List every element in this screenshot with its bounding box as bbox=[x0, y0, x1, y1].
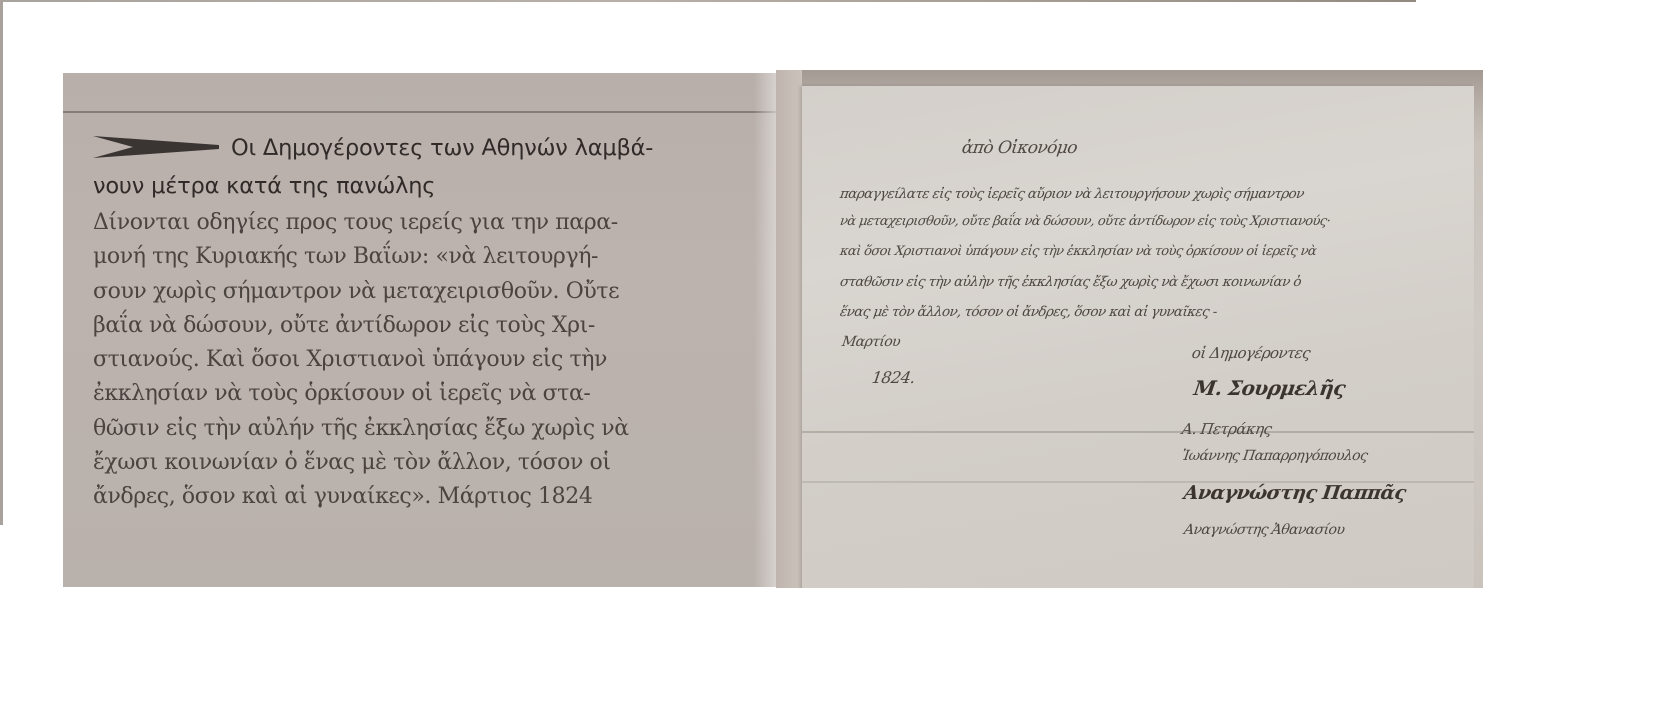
manuscript-title: ἀπὸ Οἰκονόμο bbox=[961, 138, 1079, 158]
manuscript-date-year: 1824. bbox=[871, 368, 916, 387]
arrow-pointer-icon bbox=[93, 136, 219, 158]
signature: Α. Πετράκης bbox=[1181, 420, 1273, 438]
caption-heading: Οι Δημογέροντες των Αθηνών λαμβά- νουν μ… bbox=[93, 129, 753, 205]
signature: Ἰωάννης Παπαρρηγόπουλος bbox=[1181, 448, 1369, 464]
signature: Μ. Σουρμελῆς bbox=[1192, 376, 1346, 400]
signature-heading: οἱ Δημογέροντες bbox=[1191, 344, 1312, 362]
caption-body-line: θῶσιν εἰς τὴν αὐλήν τῆς ἐκκλησίας ἔξω χω… bbox=[93, 412, 773, 446]
paper-fold-line bbox=[802, 431, 1474, 433]
frame-edge-top bbox=[0, 0, 1416, 2]
caption-body-line: στιανούς. Καὶ ὅσοι Χριστιανοὶ ὑπάγουν εἰ… bbox=[93, 343, 773, 377]
caption-body-line: ἄνδρες, ὅσον καὶ αἱ γυναίκες». Μάρτιος 1… bbox=[93, 480, 773, 514]
manuscript-line: καὶ ὅσοι Χριστιανοὶ ὑπάγουν εἰς τὴν ἐκκλ… bbox=[839, 244, 1317, 259]
caption-body-line: μονή της Κυριακής των Βαΐων: «νὰ λειτουρ… bbox=[93, 240, 773, 274]
caption-body-line: σουν χωρὶς σήμαντρον νὰ μεταχειρισθοῦν. … bbox=[93, 275, 773, 309]
signature: Αναγνώστης Ἀθανασίου bbox=[1183, 522, 1346, 538]
caption-body: Δίνονται οδηγίες προς τους ιερείς για τη… bbox=[93, 206, 773, 515]
caption-body-line: Δίνονται οδηγίες προς τους ιερείς για τη… bbox=[93, 206, 773, 240]
manuscript-line: ἕνας μὲ τὸν ἄλλον, τόσον οἱ ἄνδρες, ὅσον… bbox=[839, 304, 1218, 320]
caption-divider bbox=[63, 111, 776, 113]
manuscript-line: παραγγείλατε εἰς τοὺς ἱερεῖς αὔριον νὰ λ… bbox=[839, 186, 1305, 202]
caption-body-line: βαΐα νὰ δώσουν, οὔτε ἀντίδωρον εἰς τοὺς … bbox=[93, 309, 773, 343]
manuscript-photo: ἀπὸ Οἰκονόμο παραγγείλατε εἰς τοὺς ἱερεῖ… bbox=[776, 70, 1483, 588]
caption-body-line: ἐκκλησίαν νὰ τοὺς ὁρκίσουν οἱ ἱερεῖς νὰ … bbox=[93, 377, 773, 411]
photo-edge-strip bbox=[776, 70, 802, 588]
caption-panel: Οι Δημογέροντες των Αθηνών λαμβά- νουν μ… bbox=[63, 73, 776, 587]
signature: Αναγνώστης Παππᾶς bbox=[1182, 482, 1407, 504]
caption-heading-line-2: νουν μέτρα κατά της πανώλης bbox=[93, 173, 435, 199]
caption-body-line: ἔχωσι κοινωνίαν ὁ ἕνας μὲ τὸν ἄλλον, τόσ… bbox=[93, 446, 773, 480]
frame-edge-left bbox=[0, 0, 3, 525]
manuscript-line: νὰ μεταχειρισθοῦν, οὔτε βαΐα νὰ δώσουν, … bbox=[839, 214, 1331, 229]
manuscript-paper: ἀπὸ Οἰκονόμο παραγγείλατε εἰς τοὺς ἱερεῖ… bbox=[802, 86, 1474, 588]
manuscript-line: σταθῶσιν εἰς τὴν αὐλὴν τῆς ἐκκλησίας ἔξω… bbox=[839, 274, 1302, 290]
caption-heading-line-1: Οι Δημογέροντες των Αθηνών λαμβά- bbox=[231, 135, 653, 161]
manuscript-date-month: Μαρτίου bbox=[841, 334, 901, 350]
